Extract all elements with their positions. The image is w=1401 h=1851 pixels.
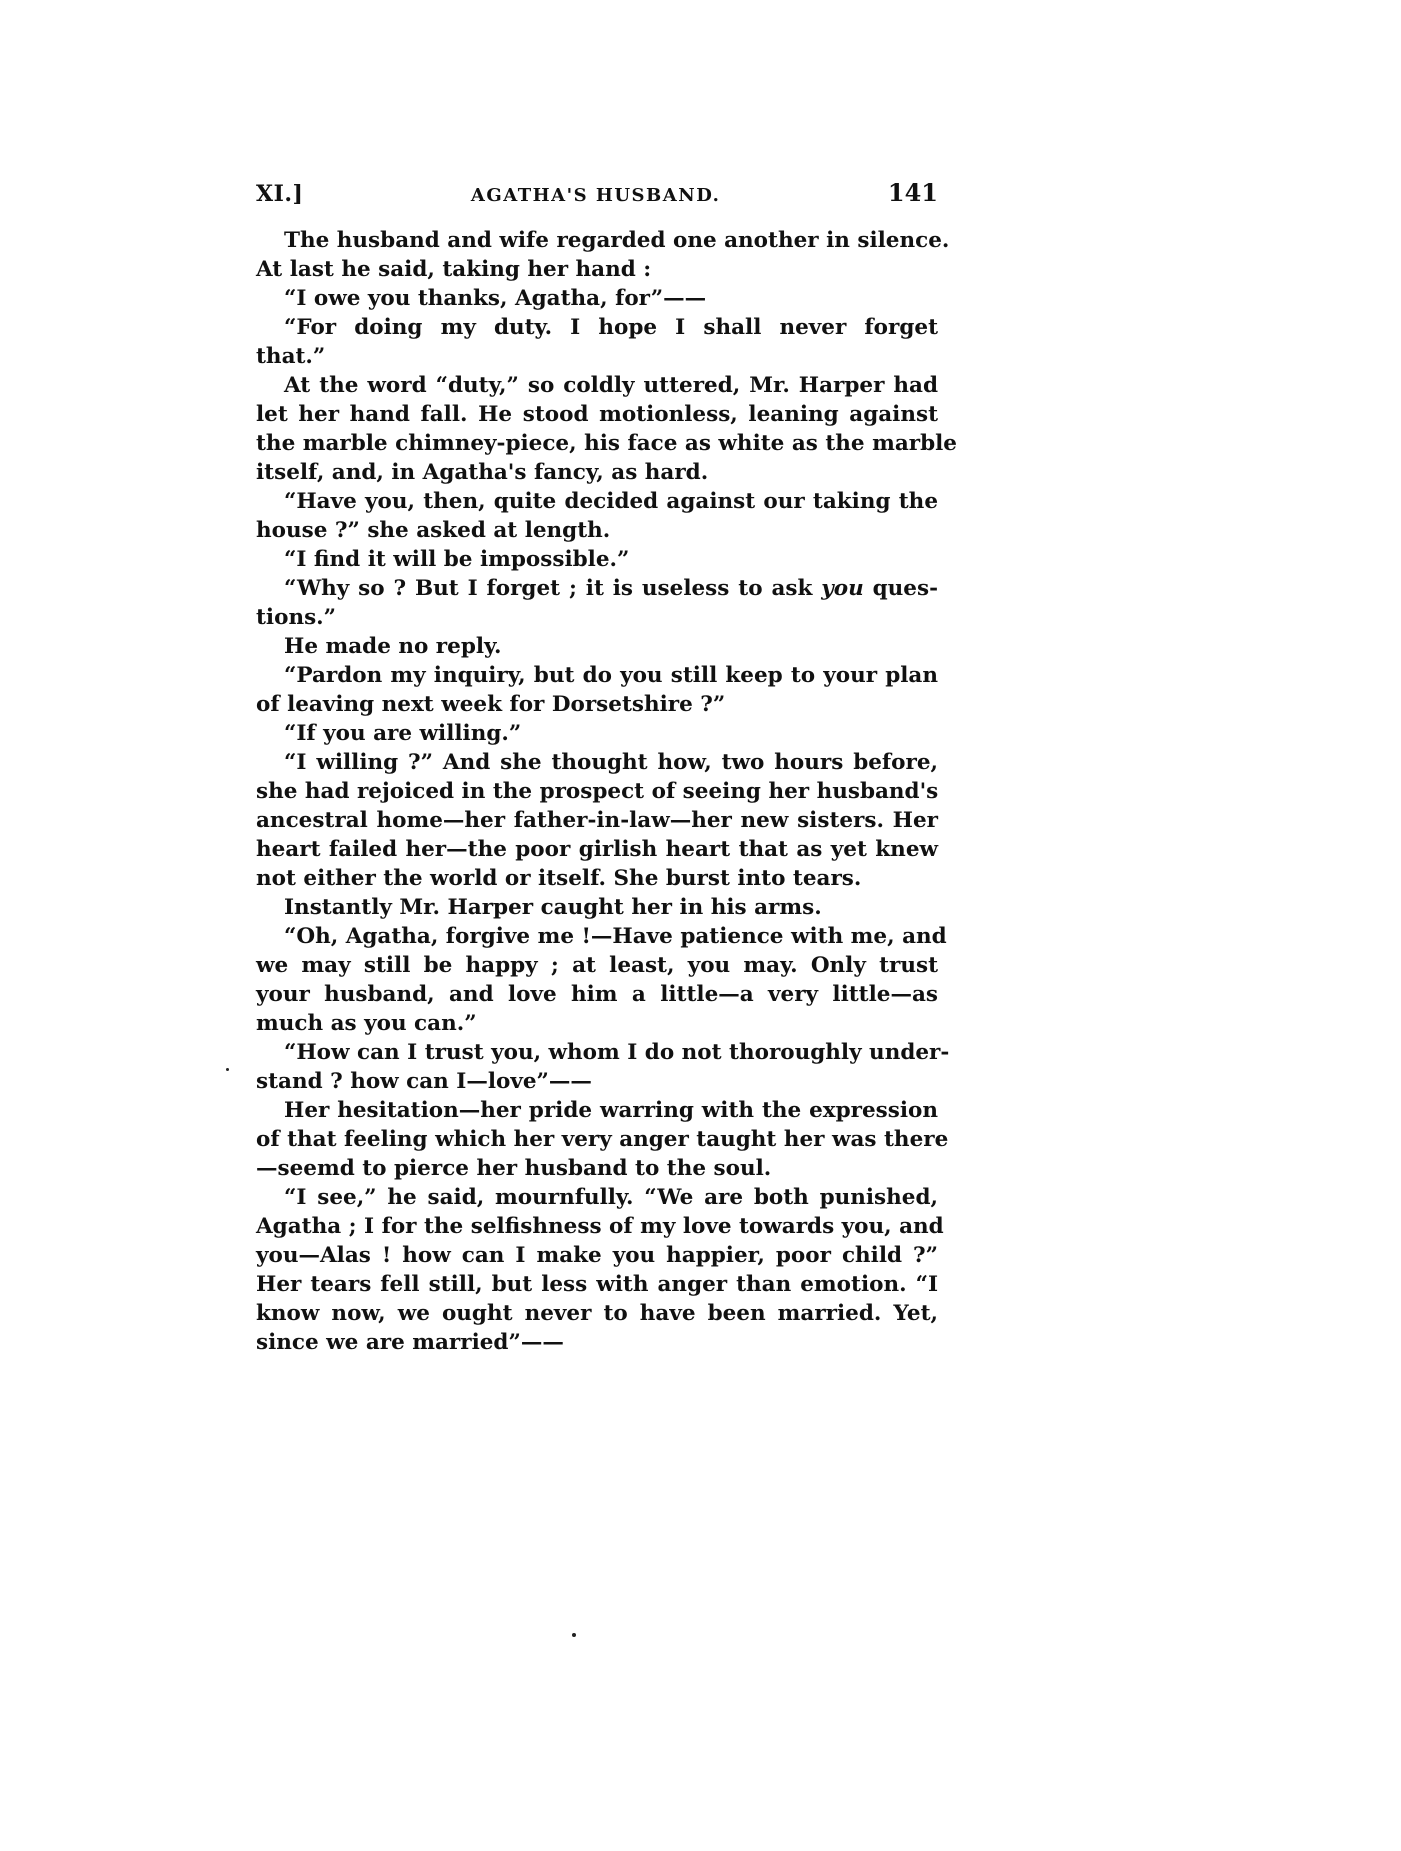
text-line: Her hesitation—her pride warring with th… [256, 1096, 938, 1125]
page-number: 141 [888, 178, 938, 207]
italic-emphasis: you [821, 576, 863, 601]
text-line: The husband and wife regarded one anothe… [256, 226, 938, 255]
running-head: XI.] AGATHA'S HUSBAND. 141 [256, 178, 938, 218]
book-page: XI.] AGATHA'S HUSBAND. 141 The husband a… [256, 178, 938, 1357]
text-line: house ?” she asked at length. [256, 516, 938, 545]
text-line: Agatha ; I for the selfishness of my lov… [256, 1212, 938, 1241]
text-line: ancestral home—her father-in-law—her new… [256, 806, 938, 835]
scan-speck [572, 1633, 576, 1637]
text-line: “I willing ?” And she thought how, two h… [256, 748, 938, 777]
text-line: Instantly Mr. Harper caught her in his a… [256, 893, 938, 922]
text-line: your husband, and love him a little—a ve… [256, 980, 938, 1009]
text-line: since we are married”—— [256, 1328, 938, 1357]
text-line: of that feeling which her very anger tau… [256, 1125, 938, 1154]
text-line: the marble chimney-piece, his face as wh… [256, 429, 938, 458]
text-line: itself, and, in Agatha's fancy, as hard. [256, 458, 938, 487]
text-line: “Why so ? But I forget ; it is useless t… [256, 574, 938, 603]
text-line: “I owe you thanks, Agatha, for”—— [256, 284, 938, 313]
text-line: “Oh, Agatha, forgive me !—Have patience … [256, 922, 938, 951]
text-line: Her tears fell still, but less with ange… [256, 1270, 938, 1299]
chapter-marker: XI.] [256, 181, 303, 207]
text-line: much as you can.” [256, 1009, 938, 1038]
text-line: we may still be happy ; at least, you ma… [256, 951, 938, 980]
text-line: she had rejoiced in the prospect of seei… [256, 777, 938, 806]
text-line: At last he said, taking her hand : [256, 255, 938, 284]
text-line: let her hand fall. He stood motionless, … [256, 400, 938, 429]
text-line: —seemd to pierce her husband to the soul… [256, 1154, 938, 1183]
text-line: heart failed her—the poor girlish heart … [256, 835, 938, 864]
text-line: tions.” [256, 603, 938, 632]
text-line: At the word “duty,” so coldly uttered, M… [256, 371, 938, 400]
text-line: know now, we ought never to have been ma… [256, 1299, 938, 1328]
text-line: He made no reply. [256, 632, 938, 661]
text-line: stand ? how can I—love”—— [256, 1067, 938, 1096]
scan-speck [226, 1068, 229, 1071]
running-title: AGATHA'S HUSBAND. [471, 185, 721, 206]
text-line: “I see,” he said, mournfully. “We are bo… [256, 1183, 938, 1212]
text-line: “For doing my duty. I hope I shall never… [256, 313, 938, 342]
text-line: “How can I trust you, whom I do not thor… [256, 1038, 938, 1067]
text-line: you—Alas ! how can I make you happier, p… [256, 1241, 938, 1270]
text-line: that.” [256, 342, 938, 371]
text-line: “I find it will be impossible.” [256, 545, 938, 574]
text-line: “Have you, then, quite decided against o… [256, 487, 938, 516]
text-line: “If you are willing.” [256, 719, 938, 748]
body-text: The husband and wife regarded one anothe… [256, 226, 938, 1357]
text-line: “Pardon my inquiry, but do you still kee… [256, 661, 938, 690]
text-line: of leaving next week for Dorsetshire ?” [256, 690, 938, 719]
text-line: not either the world or itself. She burs… [256, 864, 938, 893]
